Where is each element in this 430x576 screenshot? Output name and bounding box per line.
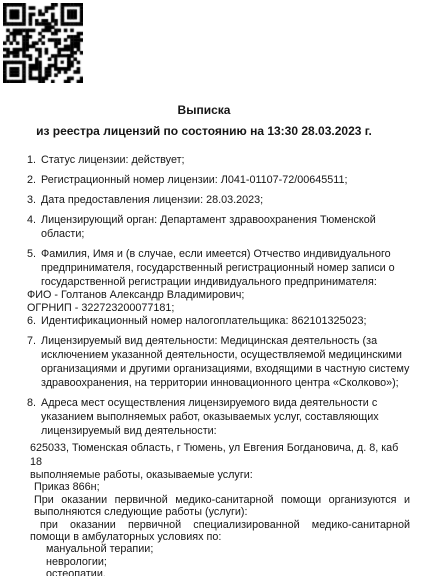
item-text: Лицензируемый вид деятельности: Медицинс…: [41, 334, 403, 390]
item-taxpayer-number: 6. Идентификационный номер налогоплатель…: [27, 315, 403, 328]
item-text: Фамилия, Имя и (в случае, если имеется) …: [41, 247, 403, 289]
item-text: Статус лицензии: действует;: [41, 153, 403, 167]
activity-address: 625033, Тюменская область, г Тюмень, ул …: [30, 441, 410, 469]
item-number: 8.: [27, 396, 41, 438]
item-licensed-activity: 7. Лицензируемый вид деятельности: Медиц…: [27, 334, 403, 390]
item-entrepreneur-name: 5. Фамилия, Имя и (в случае, если имеетс…: [27, 247, 403, 289]
specialized-care-paragraph: при оказании первичной специализированно…: [30, 519, 410, 544]
services-list: мануальной терапии;неврологии;остеопатии…: [46, 543, 410, 576]
paragraph-line: При оказании первичной медико-санитарной…: [34, 494, 410, 506]
order-reference: Приказ 866н;: [34, 481, 410, 493]
document-subtitle: из реестра лицензий по состоянию на 13:3…: [0, 124, 430, 138]
item-text: Регистрационный номер лицензии: Л041-011…: [41, 173, 403, 187]
item-licensing-authority: 4. Лицензирующий орган: Департамент здра…: [27, 213, 403, 241]
item-text: Идентификационный номер налогоплательщик…: [41, 315, 403, 328]
item-activity-addresses: 8. Адреса мест осуществления лицензируем…: [27, 396, 403, 438]
holder-ogrnip: ОГРНИП - 322723200077181;: [27, 302, 403, 315]
document-title: Выписка: [0, 103, 430, 117]
works-header: выполняемые работы, оказываемые услуги:: [30, 469, 410, 481]
license-extract-document: Выписка из реестра лицензий по состоянию…: [0, 3, 430, 576]
item-text: Адреса мест осуществления лицензируемого…: [41, 396, 403, 438]
paragraph-line: выполняются следующие работы (услуги):: [34, 506, 410, 518]
item-text: Лицензирующий орган: Департамент здравоо…: [41, 213, 403, 241]
item-registration-number: 2. Регистрационный номер лицензии: Л041-…: [27, 173, 403, 187]
item-number: 4.: [27, 213, 41, 241]
item-number: 3.: [27, 193, 41, 207]
item-number: 2.: [27, 173, 41, 187]
item-status: 1. Статус лицензии: действует;: [27, 153, 403, 167]
qr-code: [3, 3, 83, 83]
item-number: 6.: [27, 315, 41, 328]
holder-details: ФИО - Голтанов Александр Владимирович; О…: [27, 289, 403, 315]
works-and-services: выполняемые работы, оказываемые услуги: …: [30, 469, 410, 576]
item-grant-date: 3. Дата предоставления лицензии: 28.03.2…: [27, 193, 403, 207]
paragraph-line: при оказании первичной специализированно…: [30, 519, 410, 531]
holder-fio: ФИО - Голтанов Александр Владимирович;: [27, 289, 403, 302]
primary-care-paragraph: При оказании первичной медико-санитарной…: [34, 494, 410, 519]
item-text: Дата предоставления лицензии: 28.03.2023…: [41, 193, 403, 207]
license-items: 1. Статус лицензии: действует; 2. Регист…: [0, 153, 430, 438]
item-number: 1.: [27, 153, 41, 167]
item-number: 7.: [27, 334, 41, 390]
paragraph-line: помощи в амбулаторных условиях по:: [30, 531, 410, 543]
item-number: 5.: [27, 247, 41, 289]
address-and-works-section: 625033, Тюменская область, г Тюмень, ул …: [0, 438, 430, 576]
